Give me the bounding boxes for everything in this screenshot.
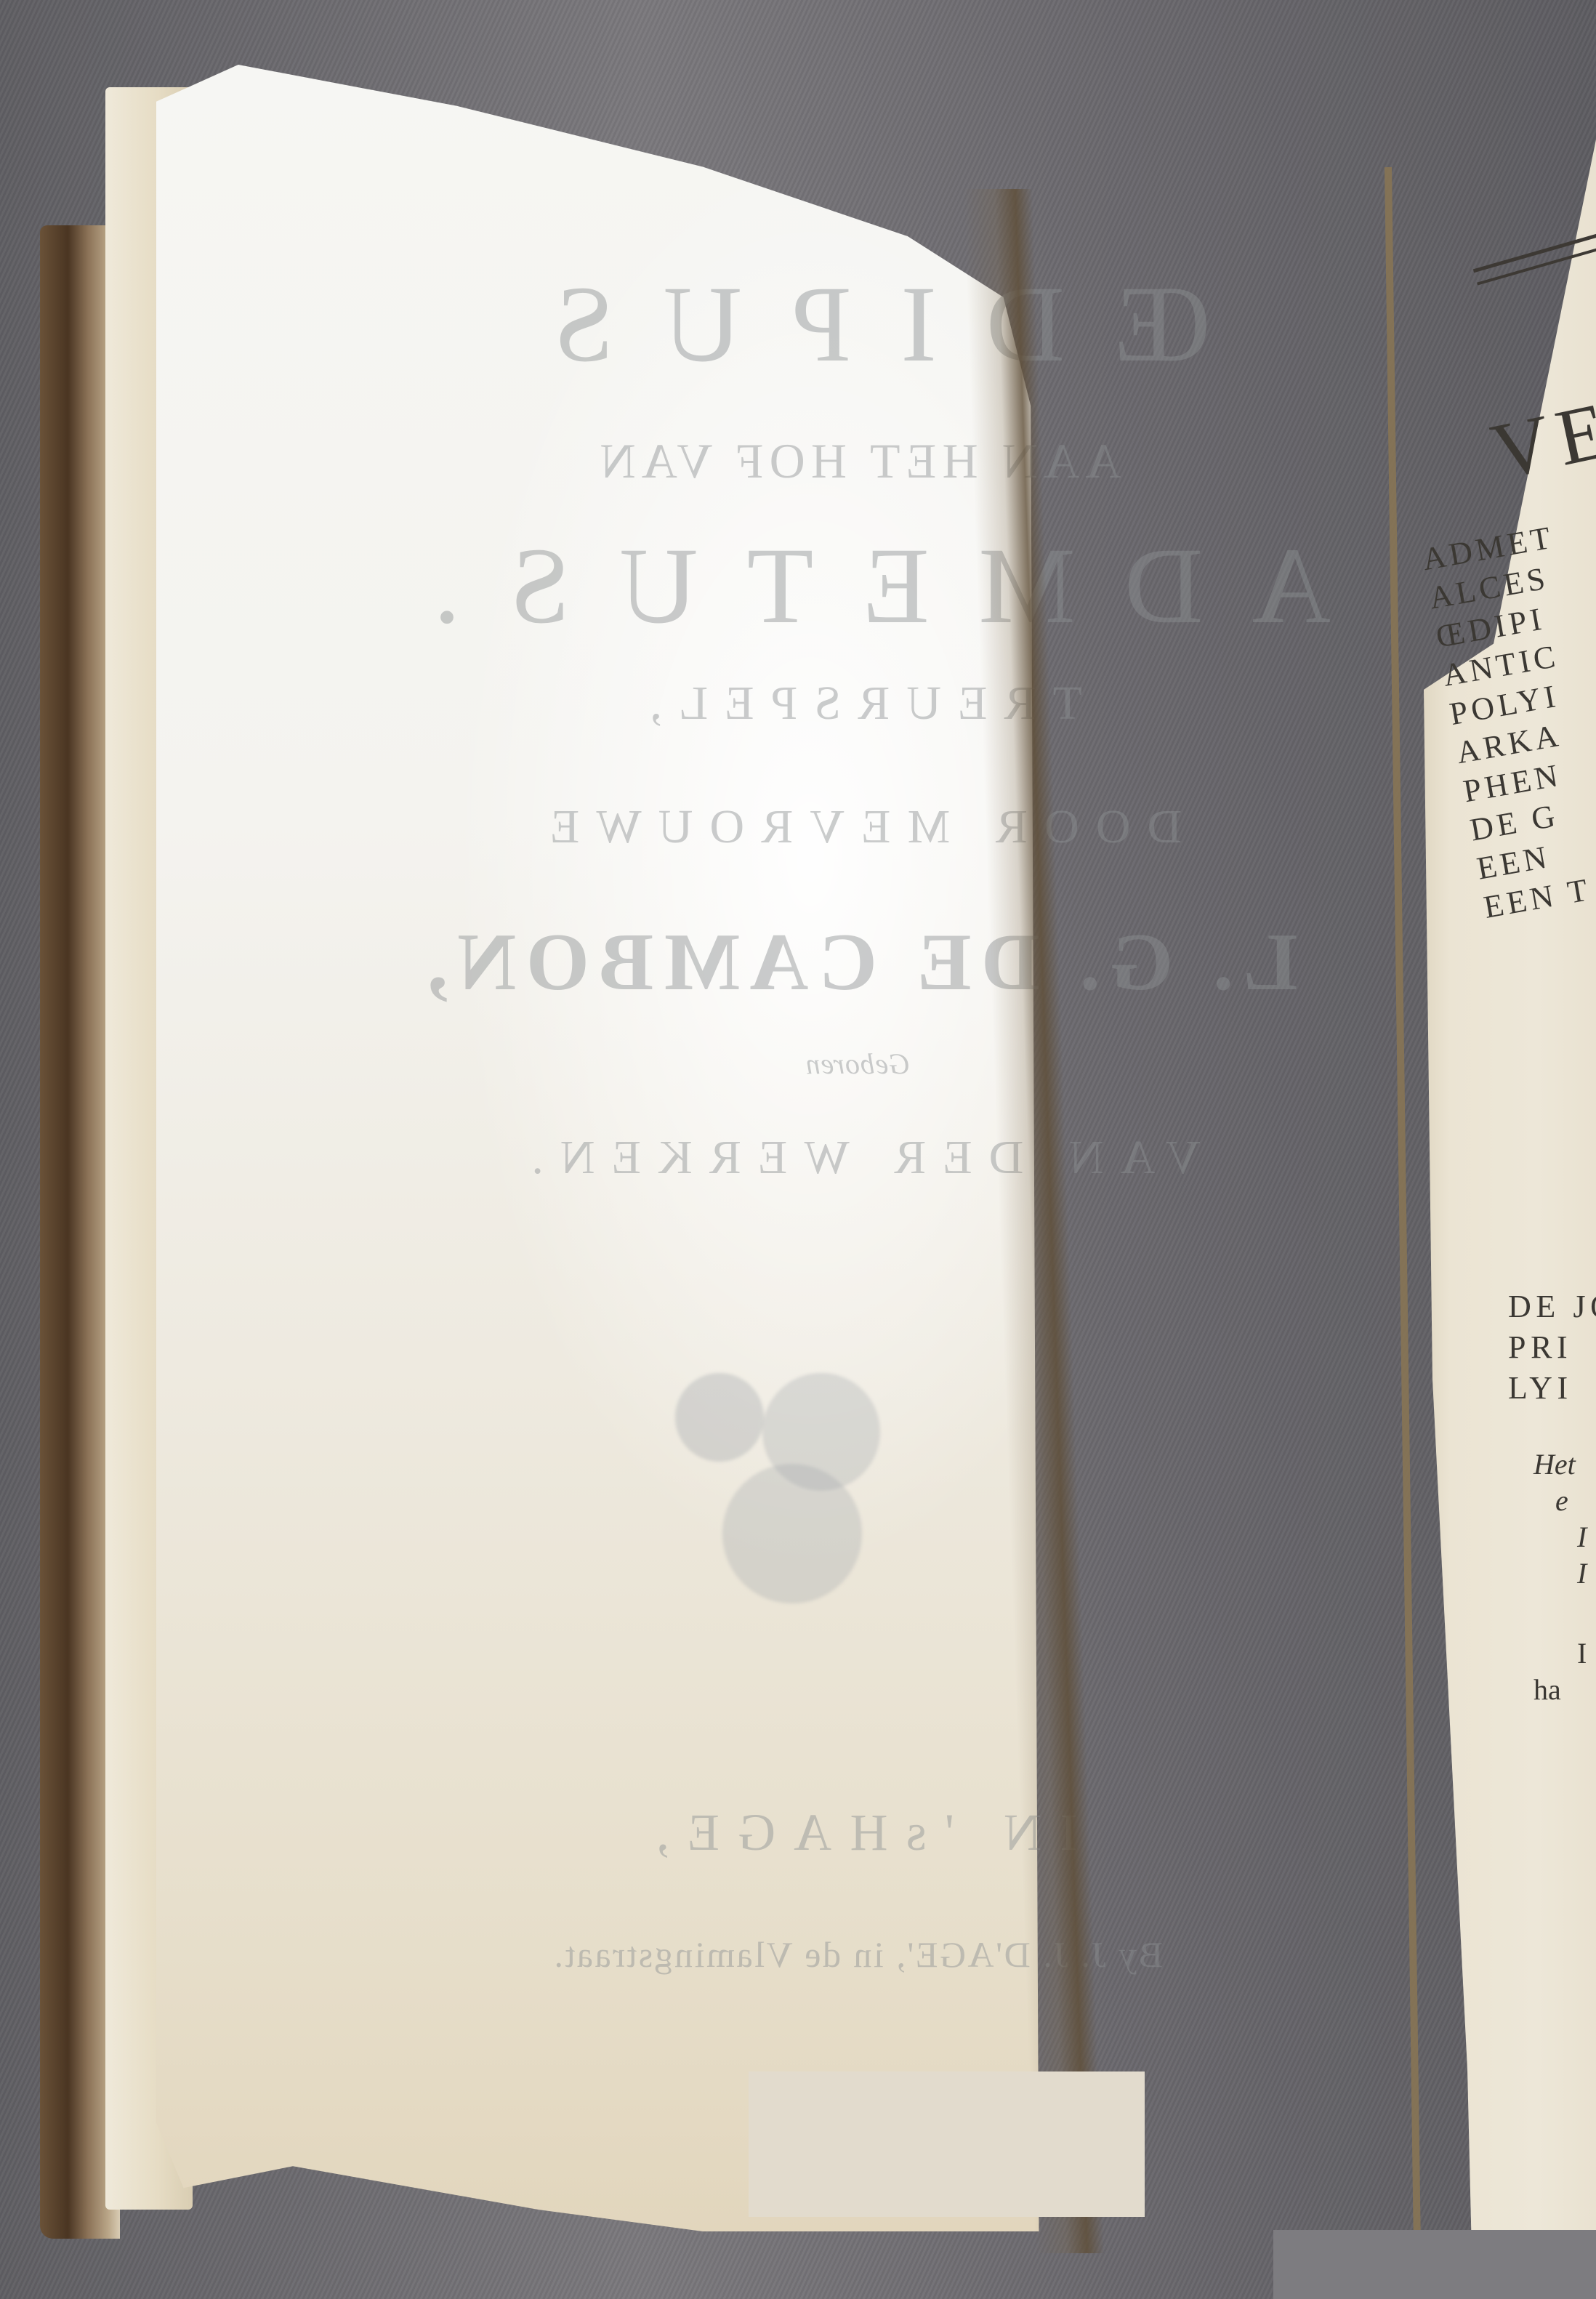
right-page (1406, 0, 1596, 2299)
bleed-maiden-name: VAN DER WERKEN. (349, 1130, 1366, 1185)
bleed-by: DOOR MEVROUWE (349, 800, 1366, 855)
sub-cast-item: LYI (1508, 1368, 1596, 1409)
sub-cast-item: DE JO (1508, 1287, 1596, 1327)
sub-cast-list: DE JO PRI LYI (1508, 1287, 1596, 1409)
bleed-genre: TREURSPEL, (349, 676, 1366, 731)
italic-line: e (1533, 1483, 1587, 1519)
bleed-place: IN 'sHAGE, (349, 1803, 1366, 1863)
italic-line: I (1533, 1555, 1587, 1592)
spine-line (1385, 167, 1421, 2275)
redacted-block (749, 2071, 1145, 2217)
redacted-block (1273, 2230, 1596, 2299)
italic-line: Het (1533, 1446, 1587, 1483)
italic-line: I (1533, 1519, 1587, 1555)
bleed-author: L. G. DE CAMBON, (349, 916, 1366, 1010)
bleed-title-2: ADMETUS. (349, 523, 1366, 648)
italic-line: I (1533, 1635, 1587, 1672)
printer-ornament-icon (632, 1330, 923, 1621)
italic-note: Het e I I I ha (1533, 1446, 1587, 1708)
right-page-heading: VE (1484, 382, 1596, 498)
bleed-subtitle: AAN HET HOF VAN (349, 432, 1366, 490)
sub-cast-item: PRI (1508, 1327, 1596, 1368)
title-page-bleed-through: ŒDIPUS AAN HET HOF VAN ADMETUS. TREURSPE… (349, 0, 1366, 2299)
italic-line: ha (1533, 1672, 1587, 1708)
bleed-born: Geboren (349, 1047, 1366, 1081)
bleed-printer: By J. J. D'AGE', in de Vlamingstraat. (349, 1933, 1366, 1976)
bleed-title: ŒDIPUS (349, 262, 1366, 387)
